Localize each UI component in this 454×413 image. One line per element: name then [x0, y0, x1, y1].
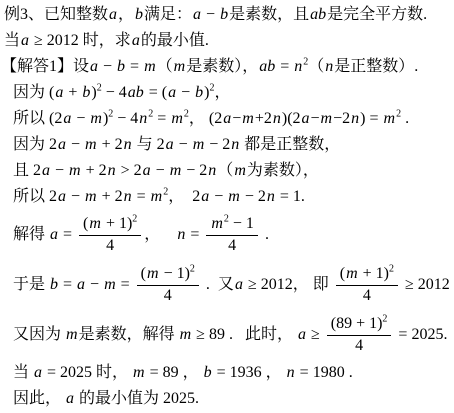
math-variable: n	[176, 226, 186, 243]
text-run: . 又	[202, 276, 234, 293]
math-variable: a	[167, 84, 177, 101]
text-run: 都是正整数，	[240, 136, 340, 153]
text-run: =	[276, 58, 293, 75]
step-m-bound: 又因为 m是素数，解得 m ≥ 89 . 此时， a ≥ (89 + 1)24 …	[0, 310, 454, 360]
math-variable: m	[84, 188, 98, 205]
text-run: 4	[355, 337, 363, 354]
text-run: ，	[118, 6, 134, 23]
text-run: 又因为	[13, 326, 65, 343]
math-variable: m	[143, 58, 157, 75]
text-run: + 1)	[359, 265, 389, 282]
text-run: 4	[106, 237, 114, 254]
fraction-denominator: 4	[137, 286, 199, 305]
text-run: −	[210, 188, 227, 205]
math-variable: ab	[127, 84, 145, 101]
math-variable: b	[81, 84, 91, 101]
text-run: ，	[214, 84, 230, 101]
text-run: − 1)	[160, 265, 190, 282]
math-variable: n	[293, 58, 303, 75]
text-run: 是素数，解得	[79, 326, 179, 343]
text-run: −	[177, 84, 194, 101]
text-run: 当	[13, 364, 33, 381]
text-run: −2	[333, 110, 350, 127]
text-run: + 2	[98, 188, 123, 205]
math-variable: a	[165, 136, 175, 153]
math-variable: m	[383, 110, 397, 127]
math-variable: a	[62, 110, 72, 127]
step-substitute: 所以 (2a − m)2 − 4n2 = m2， (2a−m+2n)(2a−m−…	[0, 106, 454, 132]
math-variable: a	[234, 276, 244, 293]
text-run: = 2025 时，	[43, 364, 132, 381]
fraction: (m + 1)24	[79, 215, 141, 255]
text-run: .	[401, 110, 409, 127]
text-run: .	[261, 226, 269, 243]
text-run: ，	[144, 226, 176, 243]
text-run: =	[153, 110, 170, 127]
text-run: −	[202, 6, 219, 23]
text-run: −	[311, 110, 320, 127]
math-variable: ab	[258, 58, 276, 75]
math-variable: m	[65, 326, 79, 343]
text-run: ≥ 2012 时，求	[30, 32, 131, 49]
text-run: 4	[363, 287, 371, 304]
math-variable: m	[233, 162, 247, 179]
text-run: 于是	[13, 276, 49, 293]
text-run: − 2	[205, 136, 230, 153]
text-run: 为素数），	[247, 162, 319, 179]
text-run: −	[232, 110, 241, 127]
math-variable: a	[76, 276, 86, 293]
text-run: 当	[4, 32, 20, 49]
math-variable: m	[179, 326, 193, 343]
text-run: =	[59, 276, 76, 293]
math-variable: n	[324, 58, 334, 75]
math-variable: a	[57, 188, 67, 205]
math-variable: b	[203, 364, 213, 381]
math-variable: a	[142, 162, 152, 179]
fraction-numerator: m2 − 1	[206, 215, 258, 235]
problem-line-2: 当a ≥ 2012 时，求a的最小值.	[0, 28, 454, 54]
text-run: − 4	[113, 110, 138, 127]
text-run: = 1980 .	[296, 364, 353, 381]
text-run: 的最小值为 2025.	[75, 390, 199, 407]
math-variable: m	[150, 188, 164, 205]
text-run: ) =	[360, 110, 382, 127]
math-variable: a	[301, 110, 311, 127]
text-run: 所以 2	[13, 188, 57, 205]
math-variable: n	[207, 162, 217, 179]
math-variable: b	[134, 6, 144, 23]
fraction-numerator: (m + 1)2	[336, 265, 398, 285]
text-run: 满足：	[144, 6, 192, 23]
math-variable: a	[192, 6, 202, 23]
text-run: 4	[228, 237, 236, 254]
solution-header-line: 【解答1】设a − b = m（m是素数），ab = n2（n是正整数）.	[0, 54, 454, 80]
text-run: − 1	[229, 215, 254, 232]
math-variable: m	[132, 364, 146, 381]
fraction: (89 + 1)24	[327, 315, 392, 355]
text-run: 因为 2	[13, 136, 57, 153]
math-variable: a	[41, 162, 51, 179]
math-variable: a	[89, 58, 99, 75]
text-run: （	[217, 162, 233, 179]
fraction-denominator: 4	[206, 236, 258, 255]
math-variable: a	[33, 364, 43, 381]
text-run: 【解答1】设	[1, 58, 89, 75]
math-variable: n	[286, 364, 296, 381]
text-run: −	[86, 276, 103, 293]
math-variable: m	[170, 110, 184, 127]
math-variable: a	[108, 6, 118, 23]
text-run: = 89 ，	[146, 364, 203, 381]
text-run: −	[152, 162, 169, 179]
math-variable: b	[194, 84, 204, 101]
step-identity: 因为 (a + b)2 − 4ab = (a − b)2，	[0, 80, 454, 106]
text-run: −	[67, 136, 84, 153]
text-run: + 1)	[102, 215, 132, 232]
math-variable: n	[107, 162, 117, 179]
text-run: =	[117, 276, 134, 293]
math-variable: a	[297, 326, 307, 343]
text-run: （	[308, 58, 324, 75]
math-variable: m	[345, 265, 359, 282]
step-solve-a-n: 解得 a = (m + 1)24， n = m2 − 14 .	[0, 210, 454, 260]
text-run: =	[126, 58, 143, 75]
math-solution-document: 例3、已知整数a，b满足：a − b是素数，且ab是完全平方数.当a ≥ 201…	[0, 2, 454, 412]
text-run: 4	[164, 287, 172, 304]
math-variable: m	[146, 265, 160, 282]
text-run: −	[67, 188, 84, 205]
text-run: ， 2	[168, 188, 200, 205]
math-variable: n	[350, 110, 360, 127]
text-run: 因此，	[13, 390, 65, 407]
text-run: 因为 (	[13, 84, 54, 101]
text-run: = 2025.	[394, 326, 447, 343]
text-run: ， (2	[189, 110, 222, 127]
math-variable: a	[57, 136, 67, 153]
fraction-denominator: 4	[79, 236, 141, 255]
step-factor-equations: 所以 2a − m + 2n = m2， 2a − m − 2n = 1.	[0, 184, 454, 210]
math-variable: m	[68, 162, 82, 179]
math-variable: a	[49, 226, 59, 243]
math-variable: ab	[309, 6, 327, 23]
text-run: 例3、已知整数	[4, 6, 108, 23]
text-run: 解得	[13, 226, 49, 243]
math-variable: b	[49, 276, 59, 293]
math-variable: m	[210, 215, 224, 232]
math-variable: a	[222, 110, 232, 127]
fraction-numerator: (m − 1)2	[137, 265, 199, 285]
text-run: （	[157, 58, 173, 75]
text-run: −	[175, 136, 192, 153]
math-variable: m	[320, 110, 334, 127]
step-inequality: 且 2a − m + 2n > 2a − m − 2n（m为素数），	[0, 158, 454, 184]
text-run: 与 2	[133, 136, 165, 153]
math-variable: m	[84, 136, 98, 153]
problem-line-1: 例3、已知整数a，b满足：a − b是素数，且ab是完全平方数.	[0, 2, 454, 28]
text-run: 是素数，且	[229, 6, 309, 23]
math-variable: m	[227, 188, 241, 205]
text-run: ≥	[307, 326, 324, 343]
math-variable: n	[138, 110, 148, 127]
superscript: 2	[190, 264, 195, 275]
superscript: 2	[382, 314, 387, 325]
text-run: = 1936 ，	[213, 364, 286, 381]
text-run: (89 + 1)	[331, 315, 383, 332]
math-variable: m	[192, 136, 206, 153]
text-run: −	[99, 58, 116, 75]
math-variable: n	[123, 136, 133, 153]
fraction-numerator: (m + 1)2	[79, 215, 141, 235]
text-run: =	[186, 226, 203, 243]
text-run: ≥ 2012， 即	[244, 276, 333, 293]
math-variable: m	[89, 110, 103, 127]
text-run: −	[72, 110, 89, 127]
text-run: ≥ 89 . 此时，	[192, 326, 297, 343]
math-variable: a	[20, 32, 30, 49]
math-variable: m	[88, 215, 102, 232]
text-run: 的最小值.	[141, 32, 209, 49]
fraction: (m + 1)24	[336, 265, 398, 305]
text-run: =	[133, 188, 150, 205]
math-variable: a	[131, 32, 141, 49]
text-run: +	[64, 84, 81, 101]
text-run: 且 2	[13, 162, 41, 179]
fraction-denominator: 4	[327, 336, 392, 355]
superscript: 2	[132, 214, 137, 225]
text-run: > 2	[117, 162, 142, 179]
text-run: +2	[255, 110, 272, 127]
math-variable: a	[54, 84, 64, 101]
text-run: 所以 (2	[13, 110, 62, 127]
text-run: − 4	[102, 84, 127, 101]
step-positive-integers: 因为 2a − m + 2n 与 2a − m − 2n 都是正整数，	[0, 132, 454, 158]
text-run: ≥ 2012 .	[401, 276, 454, 293]
text-run: − 2	[182, 162, 207, 179]
text-run: = 1.	[276, 188, 305, 205]
text-run: )(2	[282, 110, 301, 127]
math-variable: m	[173, 58, 187, 75]
math-variable: n	[230, 136, 240, 153]
math-variable: m	[241, 110, 255, 127]
text-run: 是素数），	[186, 58, 258, 75]
step-solve-b: 于是 b = a − m = (m − 1)24 . 又a ≥ 2012， 即 …	[0, 260, 454, 310]
text-run: 是正整数）.	[334, 58, 418, 75]
conclusion: 因此， a 的最小值为 2025.	[0, 386, 454, 412]
math-variable: n	[266, 188, 276, 205]
math-variable: n	[272, 110, 282, 127]
text-run: =	[59, 226, 76, 243]
math-variable: b	[116, 58, 126, 75]
text-run: = (	[145, 84, 167, 101]
text-run: + 2	[82, 162, 107, 179]
text-run: −	[51, 162, 68, 179]
fraction-denominator: 4	[336, 286, 398, 305]
math-variable: a	[65, 390, 75, 407]
math-variable: m	[103, 276, 117, 293]
math-variable: n	[123, 188, 133, 205]
math-variable: m	[169, 162, 183, 179]
text-run: 是完全平方数.	[327, 6, 427, 23]
math-variable: a	[200, 188, 210, 205]
fraction: m2 − 14	[206, 215, 258, 255]
fraction: (m − 1)24	[137, 265, 199, 305]
fraction-numerator: (89 + 1)2	[327, 315, 392, 335]
superscript: 2	[389, 264, 394, 275]
step-values: 当 a = 2025 时， m = 89 ， b = 1936 ， n = 19…	[0, 360, 454, 386]
text-run: + 2	[98, 136, 123, 153]
math-variable: b	[219, 6, 229, 23]
text-run: − 2	[241, 188, 266, 205]
